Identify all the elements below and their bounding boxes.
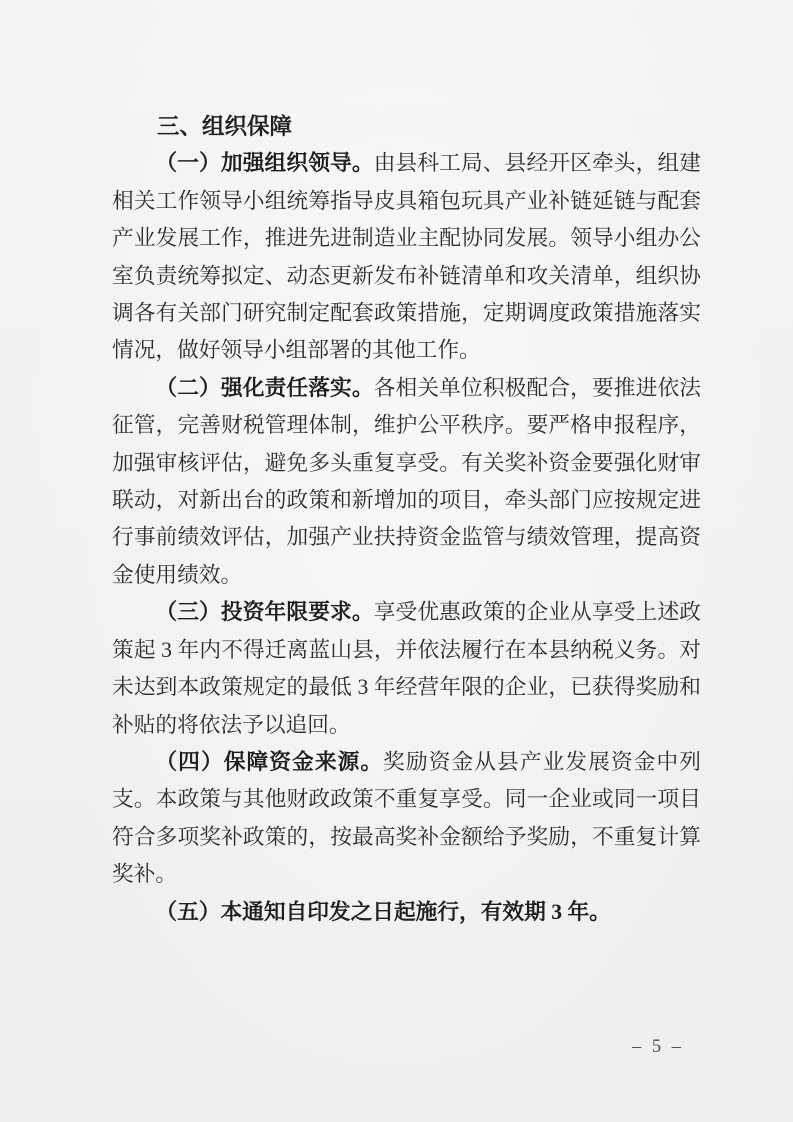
paragraph-1-lead: （一）加强组织领导。 xyxy=(155,151,373,175)
section-heading: 三、组织保障 xyxy=(112,108,701,145)
paragraph-2-lead: （二）强化责任落实。 xyxy=(155,376,373,400)
paragraph-3: （三）投资年限要求。享受优惠政策的企业从享受上述政策起 3 年内不得迁离蓝山县，… xyxy=(112,594,701,744)
paragraph-2-body: 各相关单位积极配合，要推进依法征管，完善财税管理体制，维护公平秩序。要严格申报程… xyxy=(112,376,701,587)
paragraph-2: （二）强化责任落实。各相关单位积极配合，要推进依法征管，完善财税管理体制，维护公… xyxy=(112,370,701,594)
paragraph-5: （五）本通知自印发之日起施行，有效期 3 年。 xyxy=(112,894,701,931)
paragraph-5-lead: （五）本通知自印发之日起施行，有效期 3 年。 xyxy=(155,900,610,924)
paragraph-3-lead: （三）投资年限要求。 xyxy=(155,600,373,624)
scanned-document-page: 三、组织保障 （一）加强组织领导。由县科工局、县经开区牵头，组建相关工作领导小组… xyxy=(0,0,793,1122)
paragraph-4: （四）保障资金来源。奖励资金从县产业发展资金中列支。本政策与其他财政政策不重复享… xyxy=(112,744,701,894)
paragraph-1-body: 由县科工局、县经开区牵头，组建相关工作领导小组统筹指导皮具箱包玩具产业补链延链与… xyxy=(112,151,701,362)
document-body: 三、组织保障 （一）加强组织领导。由县科工局、县经开区牵头，组建相关工作领导小组… xyxy=(112,108,701,931)
paragraph-4-lead: （四）保障资金来源。 xyxy=(155,750,383,774)
paragraph-1: （一）加强组织领导。由县科工局、县经开区牵头，组建相关工作领导小组统筹指导皮具箱… xyxy=(112,145,701,369)
page-number: – 5 – xyxy=(608,1033,708,1061)
